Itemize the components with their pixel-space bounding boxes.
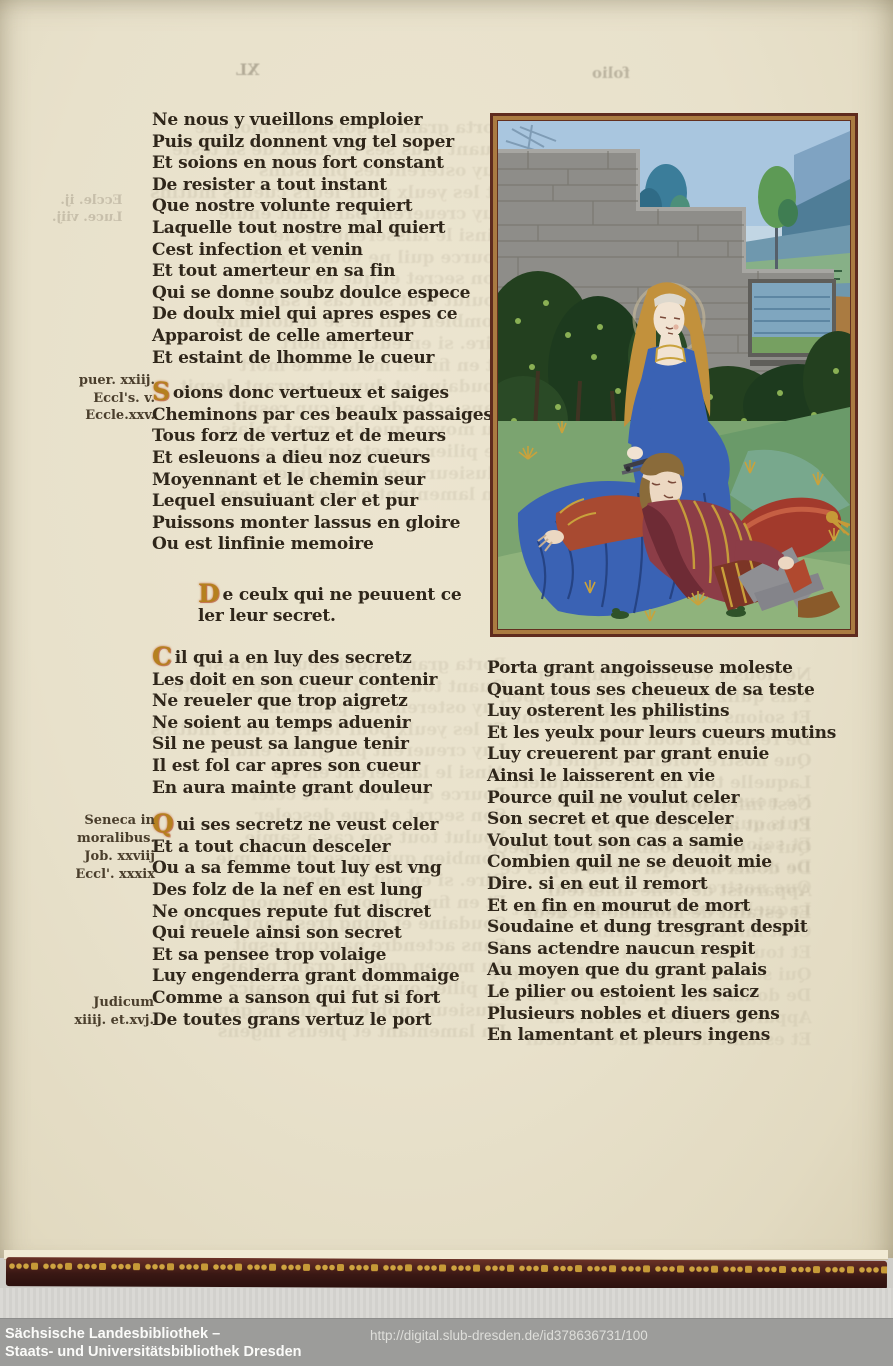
- verse-line: Les doit en son cueur contenir: [152, 670, 484, 692]
- verse-line: Ne oncques repute fut discret: [152, 902, 484, 924]
- library-footer-bar: Sächsische Landesbibliothek – Staats- un…: [0, 1318, 893, 1366]
- illuminated-initial: C: [152, 649, 172, 665]
- margin-citation-line: Eccl'. xxxix: [44, 866, 155, 884]
- document-url: http://digital.slub-dresden.de/id3786367…: [370, 1328, 648, 1343]
- parchment-page: XL folio Eccle. ij.Luce. viij. Porta gra…: [0, 0, 893, 1258]
- verse-line: Ou a sa femme tout luy est vng: [152, 858, 484, 880]
- verse-line-text: oions donc vertueux et saiges: [173, 383, 449, 403]
- verse-line: Apparoist de celle amerteur: [152, 326, 484, 348]
- verse-line: Combien quil ne se deuoit mie: [487, 852, 883, 874]
- verse-line: Ne nous y vueillons emploier: [152, 110, 484, 132]
- rubric-line-text: e ceulx qui ne peuuent ce: [222, 585, 461, 605]
- margin-citation-line: Judicum: [46, 994, 154, 1012]
- verse-line-text: ui ses secretz ne veust celer: [177, 815, 439, 835]
- verse-line: Et a tout chacun desceler: [152, 837, 484, 859]
- gold-tooling-pattern: [6, 1257, 887, 1290]
- verse-line: Son secret et que desceler: [487, 809, 883, 831]
- verse-line: Ainsi le laisserent en vie: [487, 766, 883, 788]
- verse-line: Quant tous ses cheueux de sa teste: [487, 680, 883, 702]
- library-name-line2: Staats- und Universitätsbibliothek Dresd…: [5, 1343, 302, 1361]
- verse-line-text: il qui a en luy des secretz: [175, 648, 412, 668]
- verse-line: Laquelle tout nostre mal quiert: [152, 218, 484, 240]
- verse-line: En lamentant et pleurs ingens: [487, 1025, 883, 1047]
- verse-line: Porta grant angoisseuse moleste: [487, 658, 883, 680]
- verse-line: Lequel ensuiuant cler et pur: [152, 491, 484, 513]
- bleedthrough-folio-number: XL: [236, 60, 260, 79]
- verse-line: Luy osterent les philistins: [487, 701, 883, 723]
- verse-line: Sil ne peust sa langue tenir: [152, 734, 484, 756]
- bleedthrough-line: Luce. viij.: [52, 209, 123, 226]
- verse-block: Soions donc vertueux et saiges Cheminons…: [152, 383, 484, 556]
- verse-line: Et en fin en mourut de mort: [487, 896, 883, 918]
- rubric-line: De ceulx qui ne peuuent ce: [198, 585, 484, 607]
- library-name-line1: Sächsische Landesbibliothek –: [5, 1325, 302, 1343]
- verse-line: Au moyen que du grant palais: [487, 960, 883, 982]
- verse-line: Ne reueler que trop aigretz: [152, 691, 484, 713]
- verse-line: Luy creuerent par grant enuie: [487, 744, 883, 766]
- verse-line: Qui ses secretz ne veust celer: [152, 815, 484, 837]
- verse-line: De doulx miel qui apres espes ce: [152, 304, 484, 326]
- samson-delilah-painting: [498, 121, 850, 629]
- rubric-line: ler leur secret.: [198, 606, 484, 628]
- digitized-manuscript-scan: XL folio Eccle. ij.Luce. viij. Porta gra…: [0, 0, 893, 1366]
- text-column-right: Porta grant angoisseuse molesteQuant tou…: [487, 658, 883, 1047]
- verse-line: Et soions en nous fort constant: [152, 153, 484, 175]
- verse-line: Pource quil ne voulut celer: [487, 788, 883, 810]
- verse-line: Et sa pensee trop volaige: [152, 945, 484, 967]
- gilded-book-edge: [6, 1257, 887, 1290]
- verse-line: De resister a tout instant: [152, 175, 484, 197]
- margin-citation-line: Eccle.xxv.: [58, 407, 155, 425]
- library-name: Sächsische Landesbibliothek – Staats- un…: [5, 1325, 302, 1361]
- margin-citation-line: moralibus.: [44, 830, 155, 848]
- text-column-left: Ne nous y vueillons emploierPuis quilz d…: [152, 110, 484, 1031]
- margin-citation-line: Job. xxviij: [44, 848, 155, 866]
- verse-line: Des folz de la nef en est lung: [152, 880, 484, 902]
- verse-line: Le pilier ou estoient les saicz: [487, 982, 883, 1004]
- verse-line: Et estaint de lhomme le cueur: [152, 348, 484, 370]
- verse-line: Puissons monter lassus en gloire: [152, 513, 484, 535]
- verse-block: Ne nous y vueillons emploierPuis quilz d…: [152, 110, 484, 369]
- verse-line: Cheminons par ces beaulx passaiges: [152, 405, 484, 427]
- verse-block: Cil qui a en luy des secretz Les doit en…: [152, 648, 484, 799]
- verse-line: Tous forz de vertuz et de meurs: [152, 426, 484, 448]
- margin-citation-line: Eccl's. v.: [58, 390, 155, 408]
- verse-line: Et les yeulx pour leurs cueurs mutins: [487, 723, 883, 745]
- verse-line: Qui se donne soubz doulce espece: [152, 283, 484, 305]
- bleedthrough-line: Eccle. ij.: [52, 192, 123, 209]
- margin-citation-line: Seneca in: [44, 812, 155, 830]
- verse-line: Cil qui a en luy des secretz: [152, 648, 484, 670]
- verse-line: Qui reuele ainsi son secret: [152, 923, 484, 945]
- bleedthrough-folio-word: folio: [592, 64, 630, 82]
- verse-line: Soudaine et dung tresgrant despit: [487, 917, 883, 939]
- verse-line: Et esleuons a dieu noz cueurs: [152, 448, 484, 470]
- verse-line: Voulut tout son cas a samie: [487, 831, 883, 853]
- verse-line: Puis quilz donnent vng tel soper: [152, 132, 484, 154]
- margin-citation: Seneca inmoralibus.Job. xxviijEccl'. xxx…: [44, 812, 155, 884]
- margin-citation-line: xiiij. et.xvj.: [46, 1012, 154, 1030]
- verse-block: Qui ses secretz ne veust celer Et a tout…: [152, 815, 484, 1031]
- illuminated-initial: D: [198, 586, 219, 602]
- verse-line: Luy engenderra grant dommaige: [152, 966, 484, 988]
- margin-citation: puer. xxiij.Eccl's. v.Eccle.xxv.: [58, 372, 155, 425]
- verse-line: De toutes grans vertuz le port: [152, 1010, 484, 1032]
- verse-line: Moyennant et le chemin seur: [152, 470, 484, 492]
- verse-line: Dire. si en eut il remort: [487, 874, 883, 896]
- verse-line: Soions donc vertueux et saiges: [152, 383, 484, 405]
- verse-line: Et tout amerteur en sa fin: [152, 261, 484, 283]
- verse-line: Ne soient au temps aduenir: [152, 713, 484, 735]
- verse-line: Il est fol car apres son cueur: [152, 756, 484, 778]
- verse-line: Plusieurs nobles et diuers gens: [487, 1004, 883, 1026]
- rubric-heading: De ceulx qui ne peuuent ce ler leur secr…: [198, 585, 484, 628]
- verse-line: Comme a sanson qui fut si fort: [152, 988, 484, 1010]
- verse-line: Sans actendre naucun respit: [487, 939, 883, 961]
- verse-line: Ou est linfinie memoire: [152, 534, 484, 556]
- miniature-samson-and-delilah: [490, 113, 858, 637]
- margin-citation: Judicumxiiij. et.xvj.: [46, 994, 154, 1030]
- verse-line: Que nostre volunte requiert: [152, 196, 484, 218]
- verse-line: En aura mainte grant douleur: [152, 778, 484, 800]
- verse-line: Cest infection et venin: [152, 240, 484, 262]
- illuminated-initial: Q: [152, 816, 174, 832]
- margin-citation-line: puer. xxiij.: [58, 372, 155, 390]
- book-cradle-fabric: [0, 1288, 893, 1318]
- bleedthrough-margin-note: Eccle. ij.Luce. viij.: [52, 192, 123, 226]
